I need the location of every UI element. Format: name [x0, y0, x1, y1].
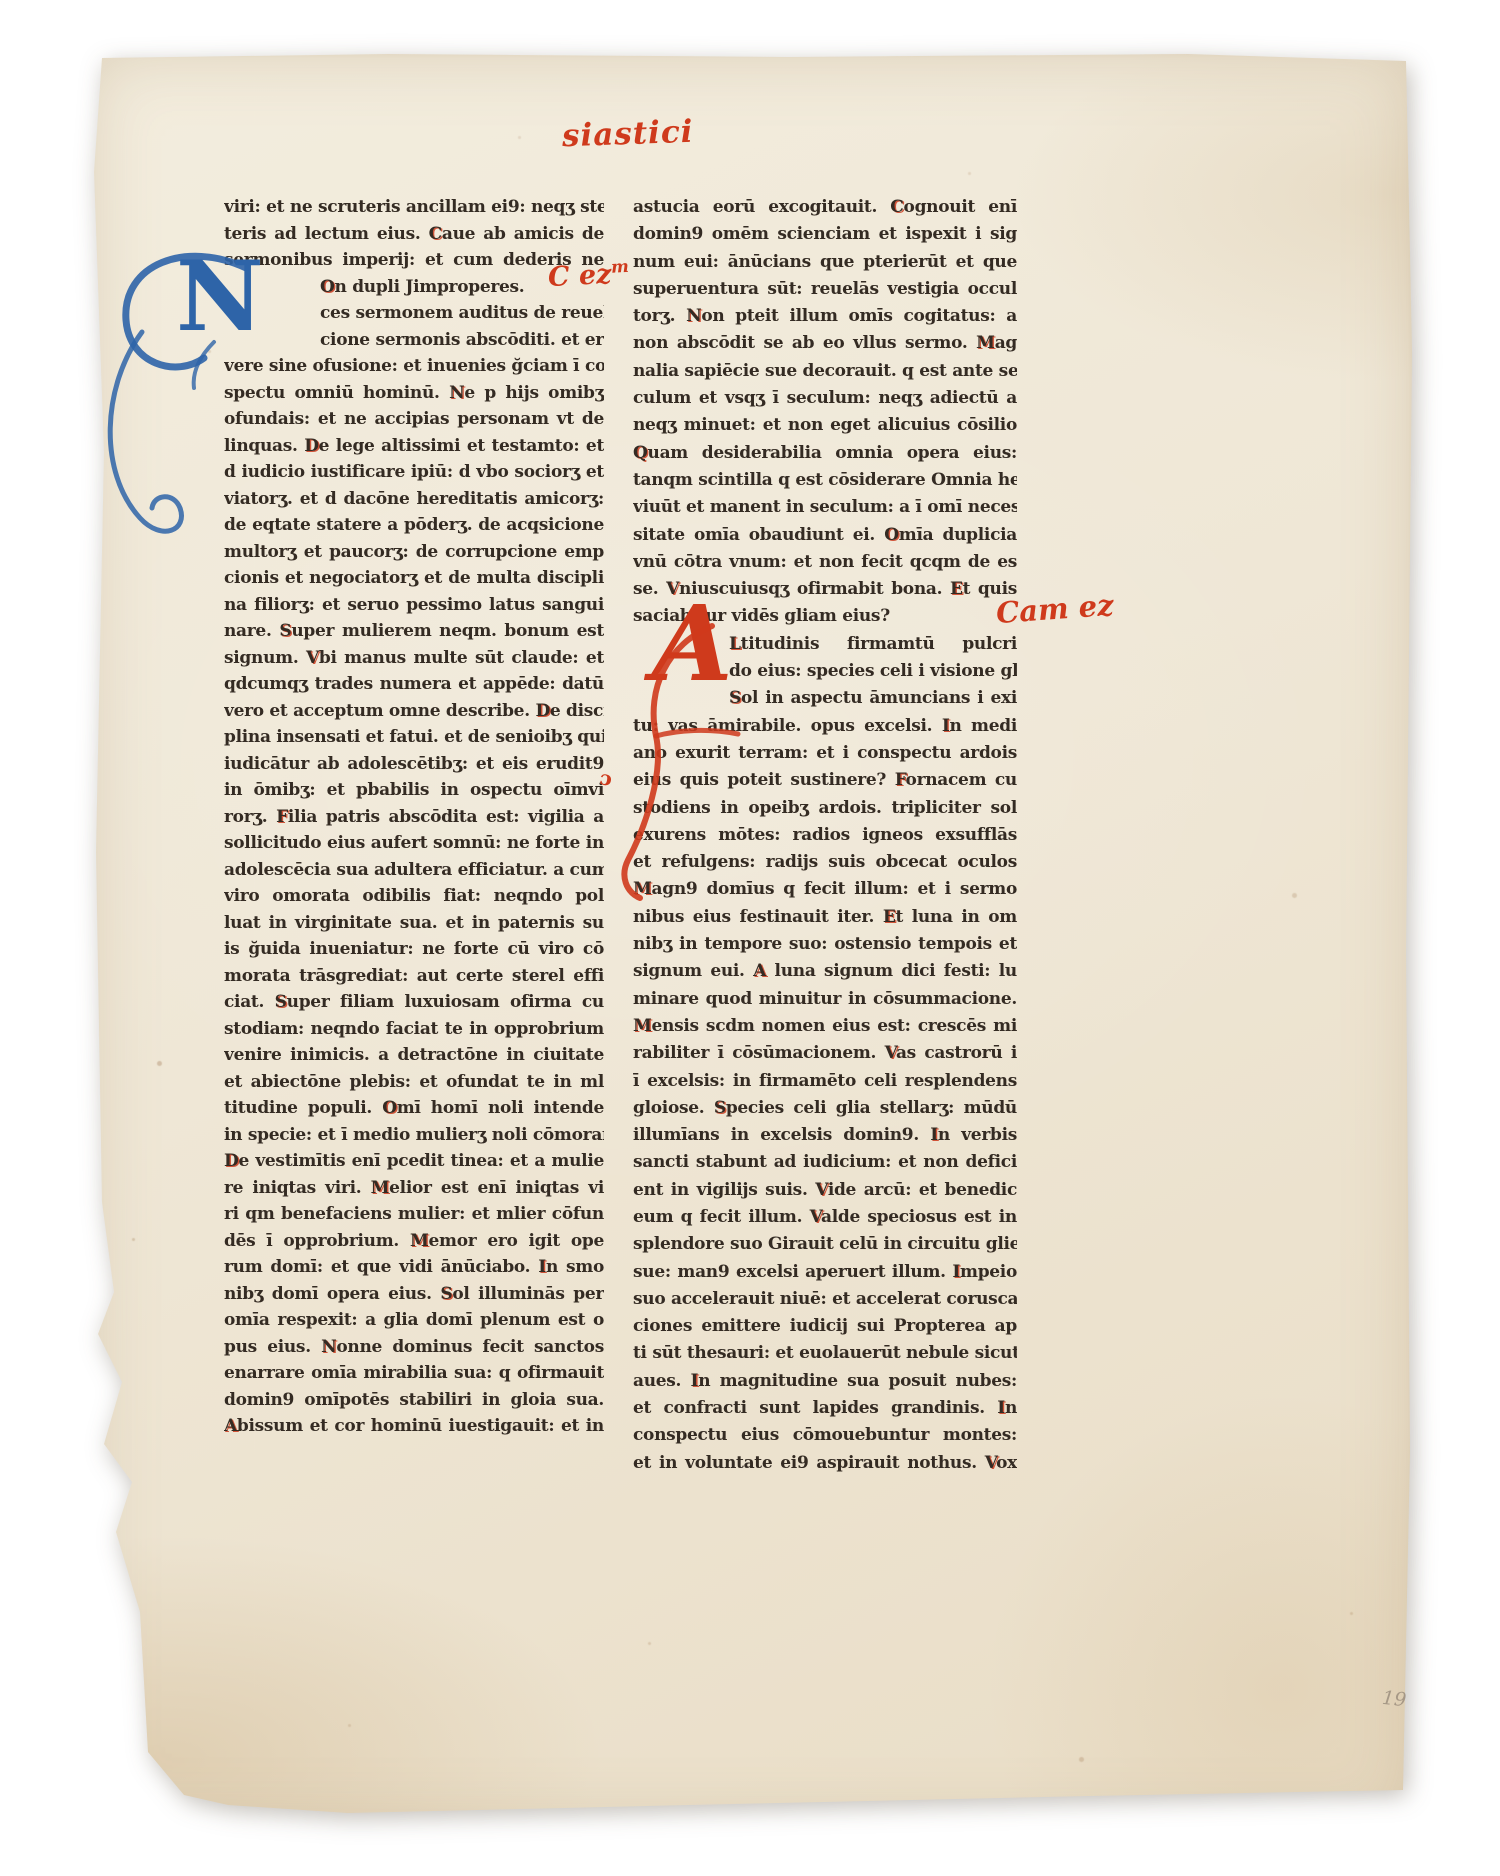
chapter-mark-left: C ezm: [547, 256, 630, 293]
text-line: ciat. Super filiam luxuiosam ofirma cu: [224, 989, 604, 1016]
text-line: Abissum et cor hominū iuestigauit: et in: [224, 1413, 604, 1440]
text-line: nibʒ domī opera eius. Sol illuminās per: [224, 1281, 604, 1308]
text-line: ri qm benefaciens mulier: et mlier cōfun: [224, 1201, 604, 1228]
text-line: de eqtate statere a pōderʒ. de acqsicion…: [224, 512, 604, 539]
text-line: conspectu eius cōmouebuntur montes:: [633, 1422, 1017, 1449]
text-line: luat in virginitate sua. et in paternis …: [224, 910, 604, 937]
text-line: exurens mōtes: radios igneos exsufflās: [633, 822, 1017, 849]
text-line: sancti stabunt ad iudicium: et non defic…: [633, 1149, 1017, 1176]
text-line: d iudicio iustificare ipiū: d vbo socior…: [224, 459, 604, 486]
text-line: rorʒ. Filia patris abscōdita est: vigili…: [224, 804, 604, 831]
text-line: titudine populi. Omī homī noli intende: [224, 1095, 604, 1122]
text-line: qdcumqʒ trades numera et appēde: datū: [224, 671, 604, 698]
text-line: et in voluntate ei9 aspirauit nothus. Vo…: [633, 1450, 1017, 1477]
chapter-mark-text: C ez: [547, 259, 612, 293]
text-line: tanqm scintilla q est cōsiderare Omnia h…: [633, 467, 1017, 494]
text-line: vnū cōtra vnum: et non fecit qcqm de es: [633, 549, 1017, 576]
text-line: nibʒ in tempore suo: ostensio tempois et: [633, 931, 1017, 958]
text-line: gloiose. Species celi glia stellarʒ: mūd…: [633, 1095, 1017, 1122]
text-line: culum et vsqʒ ī seculum: neqʒ adiectū a: [633, 385, 1017, 412]
text-line: omīa respexit: a glia domī plenum est o: [224, 1307, 604, 1334]
text-line: signum eui. A luna signum dici festi: lu: [633, 958, 1017, 985]
text-line: eum q fecit illum. Valde speciosus est i…: [633, 1204, 1017, 1231]
text-line: in specie: et ī medio mulierʒ noli cōmor…: [224, 1122, 604, 1149]
text-line: domin9 omēm scienciam et ispexit i sig: [633, 221, 1017, 248]
text-line: na filiorʒ: et seruo pessimo latus sangu…: [224, 592, 604, 619]
text-line: ofundais: et ne accipias personam vt de: [224, 406, 604, 433]
text-line: linquas. De lege altissimi et testamto: …: [224, 433, 604, 460]
initial-letter: A: [652, 596, 733, 692]
text-line: viatorʒ. et d dacōne hereditatis amicorʒ…: [224, 486, 604, 513]
text-line: De vestimītis enī pcedit tinea: et a mul…: [224, 1148, 604, 1175]
initial-letter: N: [176, 252, 264, 342]
chapter-mark-superscript: m: [611, 256, 630, 277]
text-line: nalia sapiēcie sue decorauit. q est ante…: [633, 358, 1017, 385]
text-line: adolescēcia sua adultera efficiatur. a c…: [224, 857, 604, 884]
text-column-right: astucia eorū excogitauit. Cognouit enīdo…: [633, 194, 1017, 1477]
text-line: illumīans in excelsis domin9. In verbis: [633, 1122, 1017, 1149]
text-line: et confracti sunt lapides grandinis. In: [633, 1395, 1017, 1422]
illuminated-initial-n: N: [176, 252, 264, 342]
text-line: splendore suo Girauit celū in circuitu g…: [633, 1231, 1017, 1258]
text-line: rum domī: et que vidi ānūciabo. In smo: [224, 1254, 604, 1281]
text-line: multorʒ et paucorʒ: de corrupcione emp: [224, 539, 604, 566]
text-line: ano exurit terram: et i conspectu ardois: [633, 740, 1017, 767]
text-line: tu: vas āmirabile. opus excelsi. In medi: [633, 713, 1017, 740]
text-line: ent in vigilijs suis. Vide arcū: et bene…: [633, 1177, 1017, 1204]
text-line: nare. Super mulierem neqm. bonum est: [224, 618, 604, 645]
text-line: domin9 omīpotēs stabiliri in gloia sua.: [224, 1387, 604, 1414]
text-line: signum. Vbi manus multe sūt claude: et: [224, 645, 604, 672]
text-line: ī excelsis: in firmamēto celi resplenden…: [633, 1068, 1017, 1095]
text-line: viro omorata odibilis fiat: neqndo pol: [224, 883, 604, 910]
text-line: Magn9 domīus q fecit illum: et i sermo: [633, 876, 1017, 903]
text-line: is ğuida inueniatur: ne forte cū viro cō: [224, 936, 604, 963]
text-line: rabiliter ī cōsūmacionem. Vas castrorū i: [633, 1040, 1017, 1067]
text-line: do eius: species celi i visione glie: [729, 658, 1017, 685]
text-line: stodiens in opeibʒ ardois. tripliciter s…: [633, 795, 1017, 822]
text-line: eius quis poteit sustinere? Fornacem cu: [633, 767, 1017, 794]
text-line: sollicitudo eius aufert somnū: ne forte …: [224, 830, 604, 857]
text-line: Mensis scdm nomen eius est: crescēs mi: [633, 1013, 1017, 1040]
text-line: vere sine ofusione: et inuenies ğciam ī …: [224, 353, 604, 380]
text-line: minare quod minuitur in cōsummacione.: [633, 986, 1017, 1013]
running-header: siastici: [561, 114, 694, 155]
text-line: morata trāsgrediat: aut certe sterel eff…: [224, 963, 604, 990]
text-line: stodiam: neqndo faciat te in opprobrium: [224, 1016, 604, 1043]
text-line: enarrare omīa mirabilia sua: q ofirmauit: [224, 1360, 604, 1387]
text-line: in ōmibʒ: et pbabilis in ospectu oīmvi: [224, 777, 604, 804]
text-line: dēs ī opprobrium. Memor ero igit ope: [224, 1228, 604, 1255]
folio-number-pencil: 19: [1381, 1687, 1407, 1711]
text-line: ti sūt thesauri: et euolauerūt nebule si…: [633, 1340, 1017, 1367]
text-line: Ltitudinis firmamtū pulcri: [729, 631, 1017, 658]
text-line: cionis et negociatorʒ et de multa discip…: [224, 565, 604, 592]
text-line: pus eius. Nonne dominus fecit sanctos: [224, 1334, 604, 1361]
text-line: viuūt et manent in seculum: a ī omī nece…: [633, 494, 1017, 521]
illuminated-initial-a: A: [652, 596, 733, 692]
text-line: sue: man9 excelsi aperuert illum. Impeio: [633, 1259, 1017, 1286]
text-line: torʒ. Non pteit illum omīs cogitatus: a: [633, 303, 1017, 330]
text-column-left: viri: et ne scruteris ancillam ei9: neqʒ…: [224, 194, 604, 1440]
text-line: vero et acceptum omne describe. De disci: [224, 698, 604, 725]
text-line: plina insensati et fatui. et de senioibʒ…: [224, 724, 604, 751]
text-line: aues. In magnitudine sua posuit nubes:: [633, 1368, 1017, 1395]
text-line: non abscōdit se ab eo vllus sermo. Mag: [633, 330, 1017, 357]
text-line: re iniqtas viri. Melior est enī iniqtas …: [224, 1175, 604, 1202]
text-line: cione sermonis abscōditi. et eris: [320, 327, 604, 354]
text-line: ciones emittere iudicij sui Propterea ap: [633, 1313, 1017, 1340]
text-line: neqʒ minuet: et non eget alicuius cōsili…: [633, 412, 1017, 439]
text-line: astucia eorū excogitauit. Cognouit enī: [633, 194, 1017, 221]
scanned-page: siastici viri: et ne scruteris ancillam …: [0, 0, 1500, 1876]
text-line: iudicātur ab adolescētibʒ: et eis erudit…: [224, 751, 604, 778]
text-line: nibus eius festinauit iter. Et luna in o…: [633, 904, 1017, 931]
text-line: num eui: ānūcians que pterierūt et que: [633, 249, 1017, 276]
text-line: superuentura sūt: reuelās vestigia occul: [633, 276, 1017, 303]
text-line: teris ad lectum eius. Caue ab amicis de: [224, 221, 604, 248]
text-line: Sol in aspectu āmuncians i exi: [729, 685, 1017, 712]
text-line: suo accelerauit niuē: et accelerat corus…: [633, 1286, 1017, 1313]
text-line: Quam desiderabilia omnia opera eius:: [633, 440, 1017, 467]
text-line: ces sermonem auditus de reuela: [320, 300, 604, 327]
foxing-specks: [88, 52, 91, 55]
text-line: et abiectōne plebis: et ofundat te in ml: [224, 1069, 604, 1096]
text-line: venire inimicis. a detractōne in ciuitat…: [224, 1042, 604, 1069]
text-line: sitate omīa obaudiunt ei. Omīa duplicia: [633, 522, 1017, 549]
text-line: et refulgens: radijs suis obcecat oculos: [633, 849, 1017, 876]
text-line: viri: et ne scruteris ancillam ei9: neqʒ…: [224, 194, 604, 221]
text-line: spectu omniū hominū. Ne p hijs omibʒ: [224, 380, 604, 407]
